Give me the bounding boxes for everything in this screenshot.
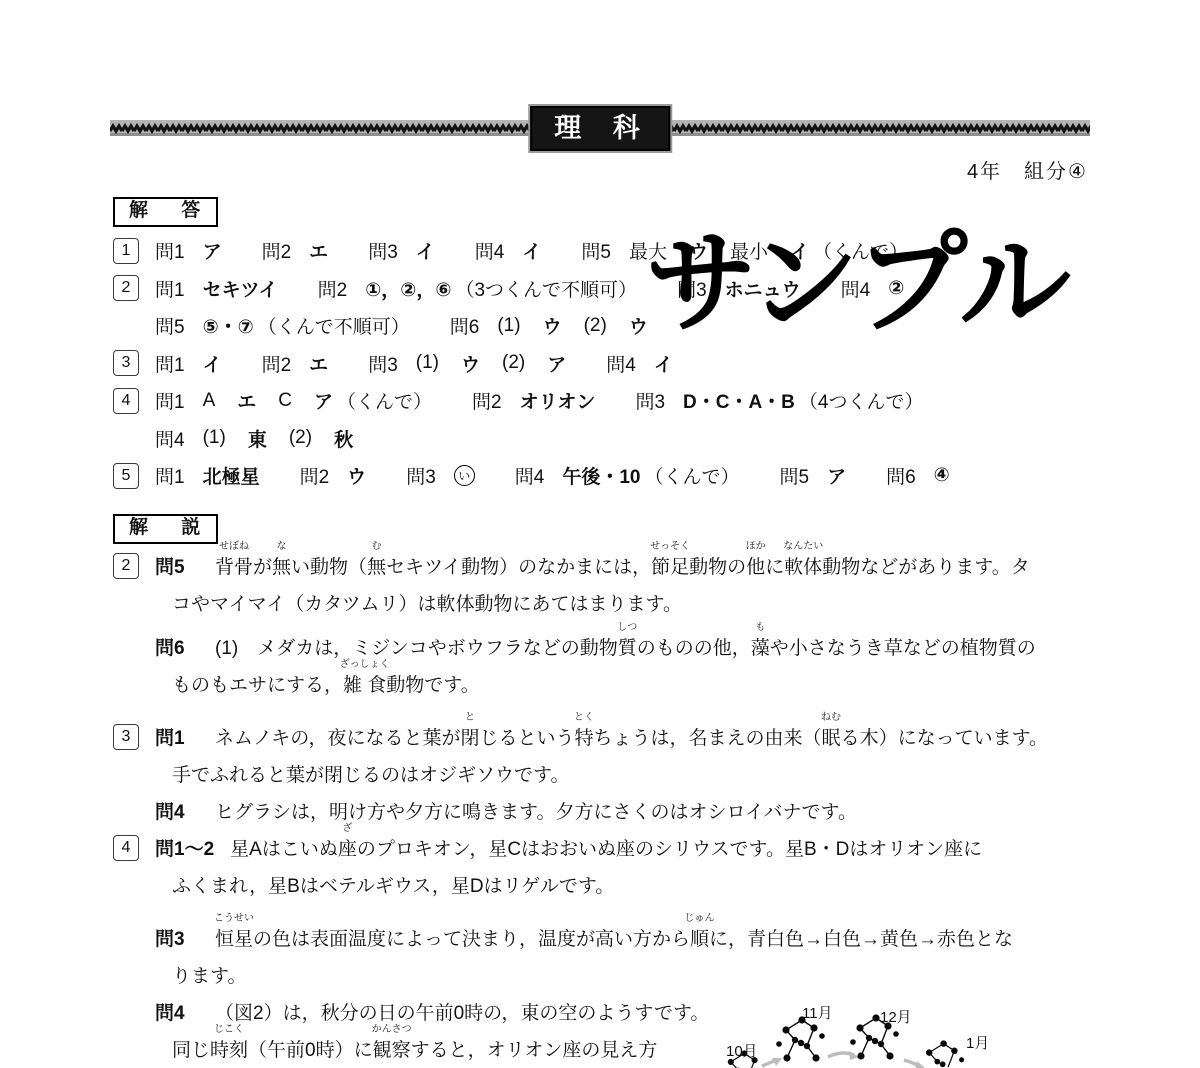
explanation-item: 問4ヒグラシは，明け方や夕方に鳴きます。夕方にさくのはオシロイバナです。 bbox=[113, 792, 1173, 829]
furigana: ざっしょく bbox=[340, 660, 390, 670]
question-label: 問5 bbox=[780, 462, 810, 489]
question-label: 問2 bbox=[300, 462, 330, 489]
answer-value: 東 bbox=[248, 425, 267, 452]
problem-number-placeholder bbox=[113, 798, 139, 824]
furigana: せぼね bbox=[219, 542, 249, 552]
answer-text: (2) bbox=[289, 427, 312, 449]
explanation-line: ります。 bbox=[113, 956, 1173, 993]
question-label: 問2 bbox=[472, 387, 502, 414]
text-with-furigana: 藻も bbox=[751, 633, 770, 660]
text-with-furigana: 時刻じこく bbox=[210, 1035, 248, 1062]
question-label: 問6 bbox=[155, 633, 199, 660]
text-with-furigana: 眠ねむ bbox=[822, 723, 841, 750]
furigana: じこく bbox=[214, 1025, 244, 1035]
question-label: 問5 bbox=[155, 312, 185, 339]
text-segment: 動物の bbox=[689, 552, 746, 579]
furigana: かんさつ bbox=[372, 1025, 412, 1035]
text-with-furigana: 雑 食ざっしょく bbox=[343, 670, 386, 697]
answer-value: 秋 bbox=[334, 425, 353, 452]
answer-note: （くんで不順可） bbox=[258, 312, 410, 339]
answer-value: イ bbox=[203, 350, 222, 377]
answer-value: イ bbox=[654, 350, 673, 377]
question-label: 問5 bbox=[581, 237, 611, 264]
text-with-furigana: 他ほか bbox=[746, 552, 765, 579]
answer-value: ウ bbox=[347, 462, 366, 489]
problem-number: 3 bbox=[113, 724, 139, 750]
question-label: 問1 bbox=[155, 275, 185, 302]
circled-answer: い bbox=[454, 465, 475, 486]
explanation-line: ものもエサにする，雑 食ざっしょく動物です。 bbox=[113, 665, 1173, 702]
text-segment: ネムノキの，夜になると葉が bbox=[215, 723, 460, 750]
answer-note: （3つくんで不順可） bbox=[455, 275, 637, 302]
text-with-furigana: 軟体なんたい bbox=[784, 552, 822, 579]
problem-number-placeholder bbox=[113, 634, 139, 660]
answer-row: 3問1イ問2エ問3(1)ウ(2)ア問4イ bbox=[113, 345, 1133, 383]
explanation-line: 問3恒星こうせいの色は表面温度によって決まり，温度が高い方から順じゅんに，青白色… bbox=[113, 919, 1173, 956]
orion-constellation-figure: 10月 11月 12月 1月 bbox=[718, 1000, 1008, 1068]
question-label: 問3 bbox=[368, 350, 398, 377]
answer-value: ウ bbox=[543, 312, 562, 339]
answer-value: エ bbox=[309, 350, 328, 377]
answer-value: D・C・A・B bbox=[683, 387, 795, 414]
answer-text: (2) bbox=[502, 352, 525, 374]
answer-row: 問4(1)東(2)秋 bbox=[113, 420, 1133, 458]
month-label-november: 11月 bbox=[802, 1005, 833, 1022]
question-label: 問2 bbox=[318, 275, 348, 302]
text-with-furigana: 観察かんさつ bbox=[373, 1035, 411, 1062]
text-segment: に bbox=[765, 552, 784, 579]
explanation-item: 問6(1) メダカは，ミジンコやボウフラなどの動物質しつのものの他，藻もや小さな… bbox=[113, 628, 1173, 702]
orion-cluster-november bbox=[776, 1016, 825, 1061]
problem-number: 5 bbox=[113, 463, 139, 489]
answer-text: C bbox=[278, 390, 292, 412]
answer-value: 午後・10 bbox=[562, 462, 640, 489]
text-with-furigana: 背骨せぼね bbox=[215, 552, 253, 579]
text-segment: ものもエサにする， bbox=[172, 670, 343, 697]
text-with-furigana: 座ざ bbox=[338, 834, 357, 861]
problem-number-placeholder bbox=[113, 313, 139, 339]
answer-note: （4つくんで） bbox=[799, 387, 924, 414]
explanation-line: 2問5背骨せぼねが無ない動物（無むセキツイ動物）のなかまには，節足せっそく動物の… bbox=[113, 547, 1173, 584]
text-segment: 動物です。 bbox=[386, 670, 479, 697]
text-with-furigana: 恒星こうせい bbox=[215, 924, 253, 951]
text-segment: すると，オリオン座の見え方 bbox=[411, 1035, 658, 1062]
text-segment: や小さなうき草などの植物質の bbox=[770, 633, 1036, 660]
question-label: 問2 bbox=[262, 237, 292, 264]
science-answer-sheet-page: 理 科 4年 組分④ 解 答 1問1ア問2エ問3イ問4イ問5最大ウ最小イ（くんで… bbox=[0, 0, 1200, 1068]
question-label: 問1 bbox=[155, 723, 199, 750]
text-with-furigana: 特とく bbox=[575, 723, 594, 750]
problem-number: 4 bbox=[113, 835, 139, 861]
answer-row: 5問1北極星問2ウ問3い問4午後・10（くんで）問5ア問6④ bbox=[113, 457, 1133, 495]
text-with-furigana: 無む bbox=[367, 552, 386, 579]
furigana: む bbox=[372, 542, 382, 552]
answer-value: ア bbox=[314, 387, 333, 414]
text-segment: (1) メダカは，ミジンコやボウフラなどの動物 bbox=[215, 633, 618, 660]
furigana: ほか bbox=[746, 542, 766, 552]
problem-number: 4 bbox=[113, 388, 139, 414]
answer-value: ⑤・⑦ bbox=[203, 312, 254, 339]
explanation-item: 4問1～2星Aはこいぬ座ざのプロキオン，星Cはおおいぬ座のシリウスです。星B・D… bbox=[113, 829, 1173, 903]
subject-title: 理 科 bbox=[530, 106, 670, 151]
text-with-furigana: 順じゅん bbox=[690, 924, 709, 951]
text-segment: い動物（ bbox=[291, 552, 367, 579]
answer-text: A bbox=[203, 390, 216, 412]
question-label: 問4 bbox=[155, 797, 199, 824]
furigana: しつ bbox=[617, 623, 637, 633]
question-label: 問1 bbox=[155, 350, 185, 377]
question-label: 問3 bbox=[635, 387, 665, 414]
furigana: な bbox=[277, 542, 287, 552]
explanation-line: 問4（図2）は，秋分の日の午前0時の，東の空のようすです。 bbox=[113, 993, 1173, 1030]
text-segment: る木）になっています。 bbox=[841, 723, 1048, 750]
answer-value: ④ bbox=[934, 464, 950, 487]
explanation-line: 3問1ネムノキの，夜になると葉が閉とじるという特とくちょうは，名まえの由来（眠ね… bbox=[113, 718, 1173, 755]
furigana: せっそく bbox=[650, 542, 690, 552]
month-label-january: 1月 bbox=[966, 1035, 989, 1052]
grade-label: 4年 組分④ bbox=[967, 155, 1088, 184]
text-segment: の色は表面温度によって決まり，温度が高い方から bbox=[253, 924, 690, 951]
answer-note: （くんで） bbox=[337, 387, 432, 414]
text-with-furigana: 節足せっそく bbox=[651, 552, 689, 579]
furigana: こうせい bbox=[214, 914, 254, 924]
explanation-line: 問4ヒグラシは，明け方や夕方に鳴きます。夕方にさくのはオシロイバナです。 bbox=[113, 792, 1173, 829]
answer-value: エ bbox=[237, 387, 256, 414]
answer-value: イ bbox=[522, 237, 541, 264]
furigana: ざ bbox=[342, 824, 352, 834]
explanation-line: 手でふれると葉が閉じるのはオジギソウです。 bbox=[113, 755, 1173, 792]
answer-value: ①，②，⑥ bbox=[365, 275, 451, 302]
text-segment: のものの他， bbox=[637, 633, 751, 660]
explanation-line: 同じ時刻じこく（午前0時）に観察かんさつすると，オリオン座の見え方 bbox=[113, 1030, 1173, 1067]
furigana: とく bbox=[574, 713, 594, 723]
explanation-line: 問6(1) メダカは，ミジンコやボウフラなどの動物質しつのものの他，藻もや小さな… bbox=[113, 628, 1173, 665]
explanation-item: 問3恒星こうせいの色は表面温度によって決まり，温度が高い方から順じゅんに，青白色… bbox=[113, 919, 1173, 993]
answer-text: (1) bbox=[416, 352, 439, 374]
problem-number: 2 bbox=[113, 553, 139, 579]
text-segment: （図2）は，秋分の日の午前0時の，東の空のようすです。 bbox=[215, 998, 709, 1025]
question-label: 問1 bbox=[155, 237, 185, 264]
sample-watermark: サンプル bbox=[645, 228, 1067, 340]
answers-section-label: 解 答 bbox=[113, 197, 218, 227]
problem-number: 1 bbox=[113, 238, 139, 264]
explanation-item: 問4（図2）は，秋分の日の午前0時の，東の空のようすです。同じ時刻じこく（午前0… bbox=[113, 993, 1173, 1067]
question-label: 問3 bbox=[155, 924, 199, 951]
month-label-october: 10月 bbox=[726, 1043, 758, 1060]
problem-number-placeholder bbox=[113, 925, 139, 951]
text-segment: 手でふれると葉が閉じるのはオジギソウです。 bbox=[172, 760, 569, 787]
problem-number: 3 bbox=[113, 350, 139, 376]
text-segment: コやマイマイ（カタツムリ）は軟体動物にあてはまります。 bbox=[172, 589, 682, 616]
furigana: なんたい bbox=[783, 542, 823, 552]
answer-text: (2) bbox=[584, 315, 607, 337]
text-segment: が bbox=[253, 552, 272, 579]
orion-cluster-january bbox=[926, 1040, 964, 1067]
question-label: 問6 bbox=[450, 312, 480, 339]
explanations-list: 2問5背骨せぼねが無ない動物（無むセキツイ動物）のなかまには，節足せっそく動物の… bbox=[113, 547, 1173, 1067]
title-banner: 理 科 bbox=[110, 118, 1090, 138]
explanation-line: コやマイマイ（カタツムリ）は軟体動物にあてはまります。 bbox=[113, 584, 1173, 621]
answer-value: 北極星 bbox=[203, 462, 260, 489]
problem-number-placeholder bbox=[113, 999, 139, 1025]
question-label: 問3 bbox=[368, 237, 398, 264]
question-label: 問3 bbox=[406, 462, 436, 489]
answer-value: ア bbox=[827, 462, 846, 489]
answer-row: 4問1AエCア（くんで）問2オリオン問3D・C・A・B（4つくんで） bbox=[113, 382, 1133, 420]
question-label: 問1～2 bbox=[155, 834, 214, 861]
question-label: 問5 bbox=[155, 552, 199, 579]
text-segment: ります。 bbox=[172, 961, 246, 988]
question-label: 問4 bbox=[606, 350, 636, 377]
text-with-furigana: 無な bbox=[272, 552, 291, 579]
answer-text: (1) bbox=[203, 427, 226, 449]
text-segment: に，青白色→白色→黄色→赤色とな bbox=[709, 924, 1013, 951]
answer-note: （くんで） bbox=[644, 462, 739, 489]
furigana: じゅん bbox=[685, 914, 715, 924]
question-label: 問4 bbox=[515, 462, 545, 489]
text-segment: ちょうは，名まえの由来（ bbox=[594, 723, 822, 750]
question-label: 問2 bbox=[262, 350, 292, 377]
text-segment: 同じ bbox=[172, 1035, 210, 1062]
question-label: 問4 bbox=[155, 425, 185, 452]
explanation-line: 4問1～2星Aはこいぬ座ざのプロキオン，星Cはおおいぬ座のシリウスです。星B・D… bbox=[113, 829, 1173, 866]
explanations-section-label: 解 説 bbox=[113, 514, 218, 544]
question-label: 問4 bbox=[155, 998, 199, 1025]
explanation-item: 2問5背骨せぼねが無ない動物（無むセキツイ動物）のなかまには，節足せっそく動物の… bbox=[113, 547, 1173, 621]
furigana: も bbox=[755, 623, 765, 633]
question-label: 問1 bbox=[155, 387, 185, 414]
text-segment: のプロキオン，星Cはおおいぬ座のシリウスです。星B・Dはオリオン座に bbox=[357, 834, 982, 861]
text-segment: （午前0時）に bbox=[248, 1035, 373, 1062]
answer-value: オリオン bbox=[520, 387, 596, 414]
answer-value: ア bbox=[547, 350, 566, 377]
problem-number: 2 bbox=[113, 275, 139, 301]
question-label: 問4 bbox=[475, 237, 505, 264]
answer-value: ア bbox=[203, 237, 222, 264]
explanation-item: 3問1ネムノキの，夜になると葉が閉とじるという特とくちょうは，名まえの由来（眠ね… bbox=[113, 718, 1173, 792]
answer-value: エ bbox=[309, 237, 328, 264]
answer-text: (1) bbox=[497, 315, 520, 337]
answer-value: イ bbox=[416, 237, 435, 264]
question-label: 問6 bbox=[886, 462, 916, 489]
text-segment: セキツイ動物）のなかまには， bbox=[386, 552, 651, 579]
text-with-furigana: 閉と bbox=[460, 723, 479, 750]
answer-value: セキツイ bbox=[203, 275, 278, 302]
explanation-line: ふくまれ，星Bはベテルギウス，星Dはリゲルです。 bbox=[113, 866, 1173, 903]
problem-number-placeholder bbox=[113, 425, 139, 451]
text-segment: 動物などがあります。タ bbox=[822, 552, 1029, 579]
furigana: ねむ bbox=[821, 713, 841, 723]
text-with-furigana: 質しつ bbox=[618, 633, 637, 660]
text-segment: ふくまれ，星Bはベテルギウス，星Dはリゲルです。 bbox=[172, 871, 614, 898]
furigana: と bbox=[465, 713, 475, 723]
answer-value: ウ bbox=[461, 350, 480, 377]
text-segment: ヒグラシは，明け方や夕方に鳴きます。夕方にさくのはオシロイバナです。 bbox=[215, 797, 857, 824]
question-label: 問1 bbox=[155, 462, 185, 489]
text-segment: 星Aはこいぬ bbox=[230, 834, 338, 861]
text-segment: じるという bbox=[480, 723, 575, 750]
